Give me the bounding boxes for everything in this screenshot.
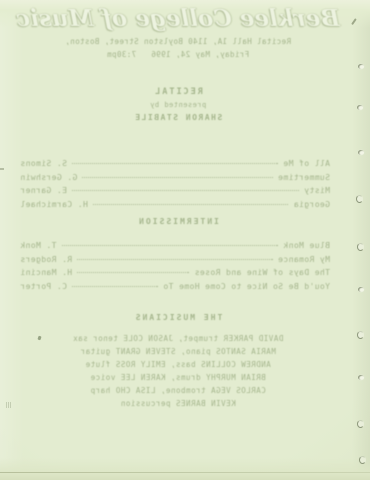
program-part-2: Blue MonkT. Monk My RomanceR. Rodgers Th… — [20, 241, 330, 295]
piece-title: Blue Monk — [283, 241, 330, 250]
spacer — [136, 50, 151, 59]
ink-speck — [6, 402, 11, 408]
pen-mark-icon — [359, 456, 366, 464]
composer-name: T. Monk — [20, 241, 57, 250]
edge-mark — [0, 168, 4, 170]
musician-line: KEVIN BARNES percussion — [4, 399, 352, 412]
dotted-leader — [77, 259, 273, 260]
piece-title: Summertime — [278, 173, 330, 182]
program-row: You'd Be So Nice to Come Home ToC. Porte… — [20, 282, 330, 296]
piece-title: The Days of Wine and Roses — [194, 268, 330, 277]
venue-address-line: Recital Hall 1A, 1140 Boylston Street, B… — [4, 37, 352, 46]
presented-by-label: presented by — [4, 101, 352, 109]
musicians-list: DAVID PARKER trumpet, JASON COLE tenor s… — [4, 334, 352, 412]
composer-name: H. Mancini — [20, 268, 72, 277]
scanned-page: Berklee College of Music Recital Hall 1A… — [0, 0, 370, 480]
piece-title: Georgia — [293, 200, 330, 209]
binder-hole-icon — [358, 64, 364, 69]
dotted-leader — [72, 190, 299, 191]
performer-name: SHARON STABILE — [4, 113, 352, 122]
piece-title: Misty — [304, 186, 330, 195]
dotted-leader — [93, 204, 289, 205]
pen-mark-icon — [357, 243, 364, 251]
program-row: My RomanceR. Rodgers — [20, 255, 330, 269]
date-text: Friday, May 24, 1996 — [151, 50, 249, 59]
pen-mark-icon — [356, 195, 363, 203]
musician-line: MARIA SANTOS piano, STEVEN GRANT guitar — [4, 347, 352, 360]
pen-mark-icon — [357, 331, 364, 339]
program-row: Blue MonkT. Monk — [20, 241, 330, 255]
binder-hole-icon — [357, 105, 363, 110]
composer-name: G. Gershwin — [20, 173, 77, 182]
dotted-leader — [77, 272, 189, 273]
time-text: 7:30pm — [107, 50, 137, 59]
date-time-line: Friday, May 24, 1996 7:30pm — [4, 50, 352, 59]
binder-hole-icon — [358, 287, 364, 292]
musician-line: ANDREW COLLINS bass, EMILY ROSS flute — [4, 360, 352, 373]
masthead-title: Berklee College of Music — [4, 5, 352, 32]
musician-line: DAVID PARKER trumpet, JASON COLE tenor s… — [4, 334, 352, 347]
composer-name: S. Simons — [20, 159, 67, 168]
composer-name: H. Carmichael — [20, 200, 88, 209]
dotted-leader — [62, 245, 279, 246]
recital-heading: RECITAL — [4, 87, 352, 97]
program-row: The Days of Wine and RosesH. Mancini — [20, 268, 330, 282]
piece-title: You'd Be So Nice to Come Home To — [163, 282, 330, 291]
musicians-heading: THE MUSICIANS — [4, 313, 352, 322]
dotted-leader — [72, 286, 158, 287]
piece-title: All of Me — [283, 159, 330, 168]
program-row: SummertimeG. Gershwin — [20, 173, 330, 187]
binder-hole-icon — [358, 150, 364, 155]
binder-hole-icon — [358, 375, 364, 380]
recital-title-block: RECITAL presented by SHARON STABILE — [4, 87, 352, 122]
intermission-heading: INTERMISSION — [4, 217, 352, 226]
piece-title: My Romance — [278, 255, 330, 264]
musician-line: BRIAN MURPHY drums, KAREN LEE voice — [4, 373, 352, 386]
bleed-through-layer: Berklee College of Music Recital Hall 1A… — [4, 0, 352, 480]
program-row: GeorgiaH. Carmichael — [20, 200, 330, 214]
program-row: MistyE. Garner — [20, 186, 330, 200]
musician-line: CARLOS VEGA trombone, LISA CHO harp — [4, 386, 352, 399]
dotted-leader — [82, 177, 272, 178]
program-part-1: All of MeS. Simons SummertimeG. Gershwin… — [20, 159, 330, 213]
composer-name: E. Garner — [20, 186, 67, 195]
program-row: All of MeS. Simons — [20, 159, 330, 173]
composer-name: R. Rodgers — [20, 255, 72, 264]
dotted-leader — [72, 163, 278, 164]
pen-mark-icon — [357, 420, 364, 428]
composer-name: C. Porter — [20, 282, 67, 291]
